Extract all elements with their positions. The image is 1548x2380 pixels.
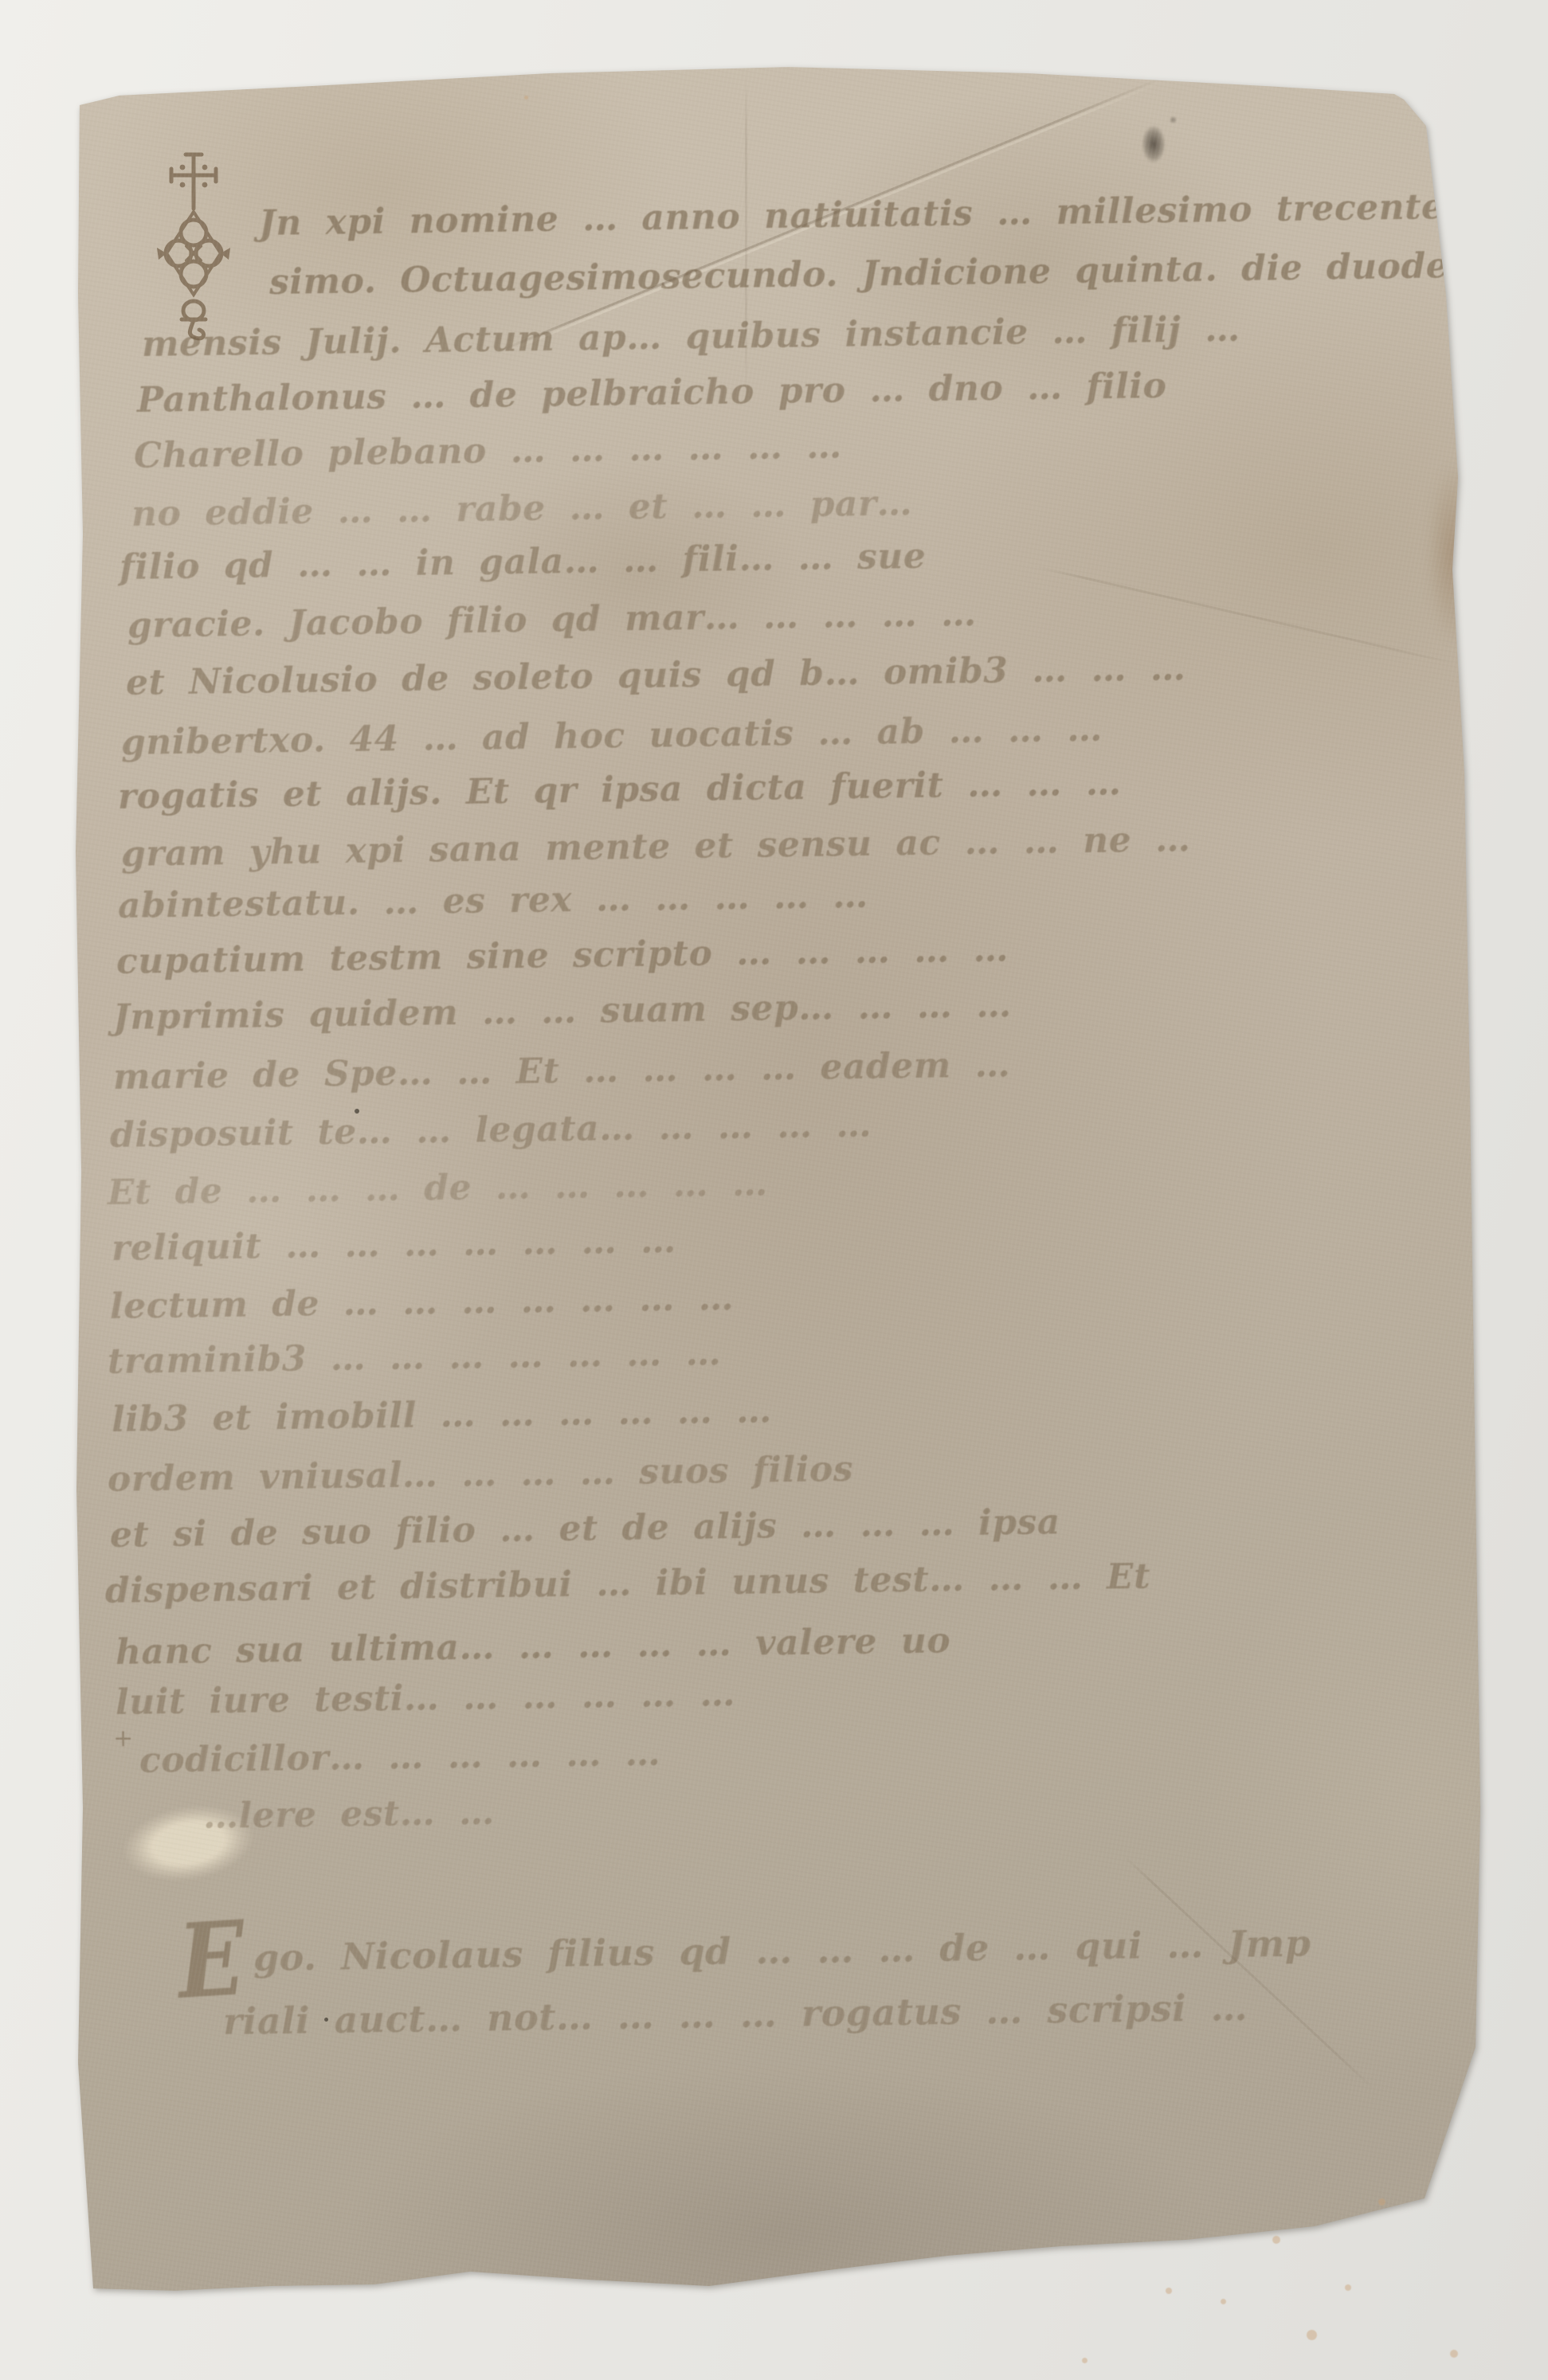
text-line: abintestatu. … es rex … … … … … [118,877,868,926]
stain-speck [524,96,528,100]
text-line: …lere est… … [203,1794,495,1836]
stain-speck [1221,2299,1226,2304]
notarial-signum-icon [155,145,235,344]
text-line: marie de Spe… … Et … … … … eadem … [113,1046,1011,1097]
edge-stain [1426,462,1482,645]
text-line: Jn xpi nomine … anno natiuitatis … mille… [259,188,1464,244]
text-line: cupatium testm sine scripto … … … … … [116,930,1009,981]
text-line: gnibertxo. 44 … ad hoc uocatis … ab … … … [121,710,1103,763]
text-line: Charello plebano … … … … … … [134,428,842,476]
closing-text-line: riali auct… not… … … … rogatus … scripsi… [223,1987,1248,2042]
stain-speck [1378,2198,1385,2206]
stain-speck [1272,2236,1280,2244]
ink-blot [1142,125,1166,163]
fold-crease [1123,1854,1375,2089]
closing-text-line: go. Nicolaus filius qd … … … de … qui … … [253,1923,1311,1978]
text-line: filio qd … … in gala… … fili… … sue [120,538,927,588]
text-line: ordem vniusal… … … … suos filios [108,1450,854,1499]
text-line: dispensari et distribui … ibi unus test…… [105,1558,1151,1611]
text-line: no eddie … … rabe … et … … par… [131,484,913,534]
text-line: luit iure testi… … … … … … [116,1675,736,1722]
text-line: gram yhu xpi sana mente et sensu ac … … … [121,820,1191,874]
text-line: mensis Julij. Actum ap… quibus instancie… [142,311,1240,365]
text-line: lectum de … … … … … … … [110,1279,735,1326]
text-line: disposuit te… … legata… … … … … [110,1106,872,1156]
stain-speck [1166,2288,1172,2294]
parchment-surface: Jn xpi nomine … anno natiuitatis … mille… [72,56,1486,2302]
stain-speck [1450,2350,1458,2358]
text-line: Panthalonus … de pelbraicho pro … dno … … [137,367,1167,420]
text-line: reliquit … … … … … … … [112,1222,676,1268]
text-line: Et de … … … de … … … … … [108,1165,768,1212]
text-line: codicillor… … … … … … [139,1735,661,1781]
text-line: gracie. Jacobo filio qd mar… … … … … [127,595,977,645]
margin-cross-mark: + [113,1727,133,1751]
text-line: Jnprimis quidem … … suam sep… … … … [113,986,1012,1037]
stain-speck [1345,2284,1351,2291]
scanner-background: Jn xpi nomine … anno natiuitatis … mille… [0,0,1548,2380]
text-line: et Nicolusio de soleto quis qd b… omib3 … [126,649,1186,703]
text-line: lib3 et imobill … … … … … … [112,1392,772,1439]
stain-speck [1307,2330,1317,2340]
text-line: rogatis et alijs. Et qr ipsa dicta fueri… [118,764,1122,816]
text-line: hanc sua ultima… … … … … valere uo [116,1622,951,1672]
stain-speck [1082,2358,1088,2363]
parchment-sheet: Jn xpi nomine … anno natiuitatis … mille… [72,56,1486,2302]
closing-initial-letter: E [176,1908,247,2014]
ink-blot-small [1170,116,1177,123]
text-line: simo. Octuagesimosecundo. Jndicione quin… [269,246,1546,303]
text-line: et si de suo filio … et de alijs … … … i… [110,1503,1060,1555]
text-line: traminib3 … … … … … … … [108,1334,722,1381]
